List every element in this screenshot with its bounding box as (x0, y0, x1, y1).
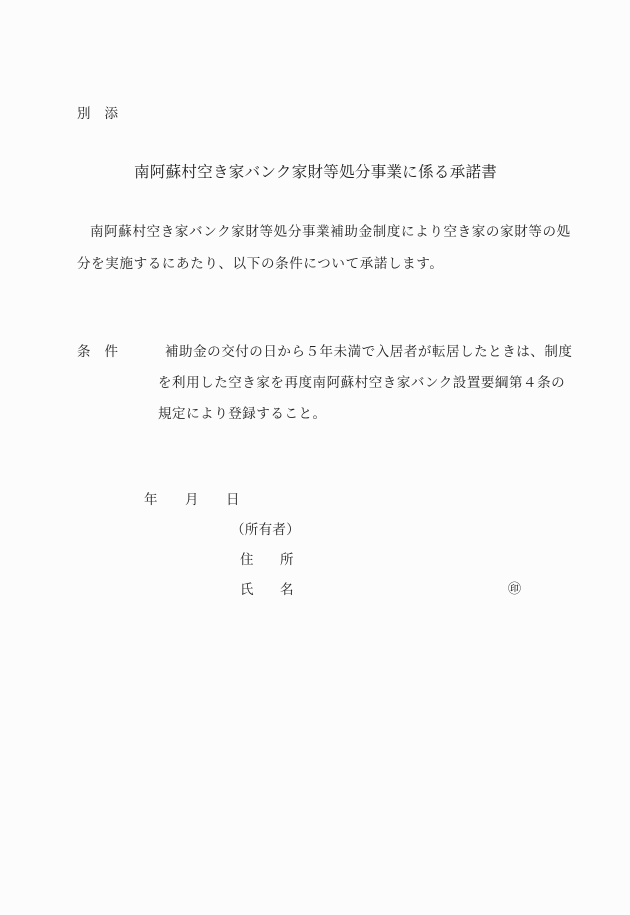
seal-icon: ㊞ (508, 582, 521, 598)
condition-text-line-3: 規定により登録すること。 (158, 406, 327, 422)
attachment-label: 別添 (77, 106, 118, 122)
address-label-char-2: 所 (280, 552, 294, 568)
name-label-char-2: 名 (280, 582, 294, 598)
condition-label: 条件 (77, 344, 118, 360)
address-label-char-1: 住 (240, 552, 280, 568)
name-field[interactable]: 氏名 (240, 582, 298, 598)
attachment-label-char-2: 添 (105, 106, 119, 122)
name-label-char-1: 氏 (240, 582, 280, 598)
condition-text-line-1: 補助金の交付の日から５年未満で入居者が転居したときは、制度 (165, 344, 572, 360)
condition-label-char-1: 条 (77, 344, 91, 360)
attachment-label-char-1: 別 (77, 106, 91, 122)
owner-label: （所有者） (231, 522, 300, 538)
condition-text-line-2: を利用した空き家を再度南阿蘇村空き家バンク設置要綱第４条の (158, 375, 565, 391)
document-title: 南阿蘇村空き家バンク家財等処分事業に係る承諾書 (134, 163, 497, 181)
date-year-label: 年 (144, 492, 185, 508)
address-field[interactable]: 住所 (240, 552, 298, 568)
body-paragraph-line-1: 南阿蘇村空き家バンク家財等処分事業補助金制度により空き家の家財等の処 (90, 224, 571, 240)
date-month-label: 月 (185, 492, 226, 508)
body-paragraph-line-2: 分を実施するにあたり、以下の条件について承諾します。 (77, 256, 444, 272)
date-field[interactable]: 年月日 (144, 492, 240, 508)
date-day-label: 日 (226, 492, 240, 508)
condition-label-char-2: 件 (105, 344, 119, 360)
